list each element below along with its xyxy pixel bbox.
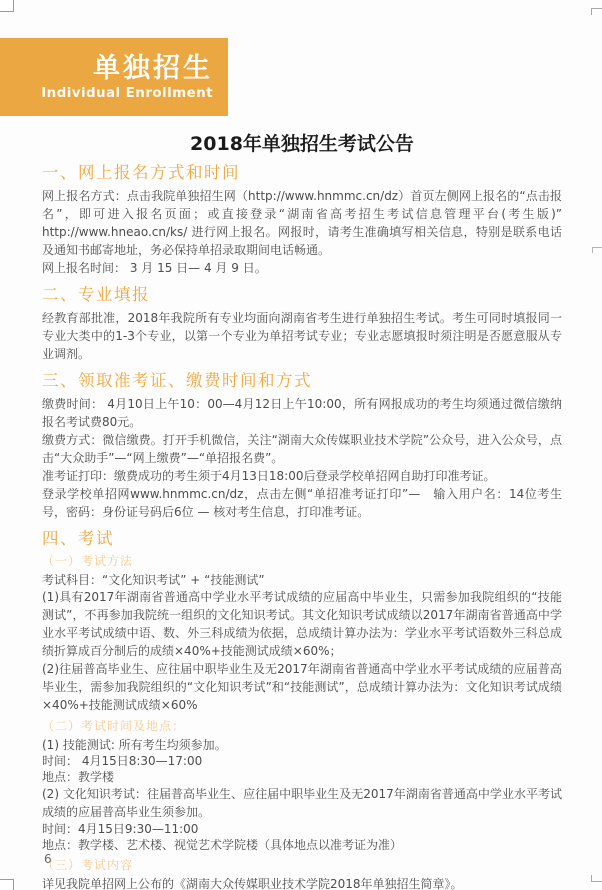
paragraph: 网上报名时间： 3 月 15 日— 4 月 9 日。 xyxy=(42,259,562,277)
crop-mark-top-right xyxy=(591,8,602,15)
crop-mark-right-middle xyxy=(592,247,602,253)
sub-heading: （二）考试时间及地点： xyxy=(42,718,562,734)
paragraph: 经教育部批准，2018年我院所有专业均面向湖南省考生进行单独招生考试。考生可同时… xyxy=(42,309,562,363)
paragraph: (1) 技能测试: 所有考生均须参加。 xyxy=(42,737,562,753)
crop-mark-bottom-left xyxy=(0,879,14,890)
section-admission-ticket-payment: 三、领取准考证、缴费时间和方式 缴费时间： 4月10日上午10：00—4月12日… xyxy=(42,370,562,521)
section-examination: 四、考试 （一）考试方法 考试科目：“文化知识考试” + “技能测试” (1)具… xyxy=(42,528,562,890)
paragraph: 缴费时间： 4月10日上午10：00—4月12日上午10:00，所有网报成功的考… xyxy=(42,395,562,431)
paragraph: 时间：4月15日9:30—11:00 xyxy=(42,821,562,837)
paragraph: 详见我院单招网上公布的《湖南大众传媒职业技术学院2018年单独招生简章》。 xyxy=(42,876,562,890)
page-title: 2018年单独招生考试公告 xyxy=(42,132,562,156)
section-heading-1: 一、网上报名方式和时间 xyxy=(42,162,562,183)
section-heading-3: 三、领取准考证、缴费时间和方式 xyxy=(42,370,562,391)
banner-title-en: Individual Enrollment xyxy=(41,85,213,101)
paragraph: 准考证打印：缴费成功的考生须于4月13日18:00后登录学校单招网自助打印准考证… xyxy=(42,467,562,485)
paragraph: (2)往届普高毕业生、应往届中职毕业生及无2017年湖南省普通高中学业水平考试成… xyxy=(42,660,562,714)
enrollment-banner: 单独招生 Individual Enrollment xyxy=(0,38,228,116)
crop-mark-top-left xyxy=(0,0,14,12)
paragraph: (2) 文化知识考试：往届普高毕业生、应往届中职毕业生及无2017年湖南省普通高… xyxy=(42,785,562,821)
section-heading-2: 二、专业填报 xyxy=(42,284,562,305)
section-online-registration: 一、网上报名方式和时间 网上报名方式：点击我院单独招生网（http://www.… xyxy=(42,162,562,277)
paragraph: 地点：教学楼、艺术楼、视觉艺术学院楼（具体地点以准考证为准） xyxy=(42,837,562,853)
banner-title-cn: 单独招生 xyxy=(93,54,213,84)
page-number: 6 xyxy=(44,852,52,866)
scanned-document-page: 单独招生 Individual Enrollment 2018年单独招生考试公告… xyxy=(0,0,602,890)
sub-heading: （三）考试内容 xyxy=(42,857,562,873)
paragraph: 地点：教学楼 xyxy=(42,769,562,785)
subsection-exam-time-place: （二）考试时间及地点： (1) 技能测试: 所有考生均须参加。 时间： 4月15… xyxy=(42,718,562,853)
paragraph: 登录学校单招网www.hnmmc.cn/dz，点击左侧“单招准考证打印”— 输入… xyxy=(42,485,562,521)
sub-heading: （一）考试方法 xyxy=(42,553,562,569)
paragraph: 时间： 4月15日8:30—17:00 xyxy=(42,753,562,769)
crop-mark-bottom-right xyxy=(591,875,602,882)
paragraph: 网上报名方式：点击我院单独招生网（http://www.hnmmc.cn/dz）… xyxy=(42,187,562,259)
section-heading-4: 四、考试 xyxy=(42,528,562,549)
paragraph: (1)具有2017年湖南省普通高中学业水平考试成绩的应届高中毕业生，只需参加我院… xyxy=(42,588,562,660)
section-major-application: 二、专业填报 经教育部批准，2018年我院所有专业均面向湖南省考生进行单独招生考… xyxy=(42,284,562,363)
paragraph: 缴费方式：微信缴费。打开手机微信，关注“湖南大众传媒职业技术学院”公众号，进入公… xyxy=(42,431,562,467)
subsection-exam-method: （一）考试方法 考试科目：“文化知识考试” + “技能测试” (1)具有2017… xyxy=(42,553,562,714)
document-body: 2018年单独招生考试公告 一、网上报名方式和时间 网上报名方式：点击我院单独招… xyxy=(42,132,562,890)
paragraph: 考试科目：“文化知识考试” + “技能测试” xyxy=(42,572,562,588)
subsection-exam-content: （三）考试内容 详见我院单招网上公布的《湖南大众传媒职业技术学院2018年单独招… xyxy=(42,857,562,890)
